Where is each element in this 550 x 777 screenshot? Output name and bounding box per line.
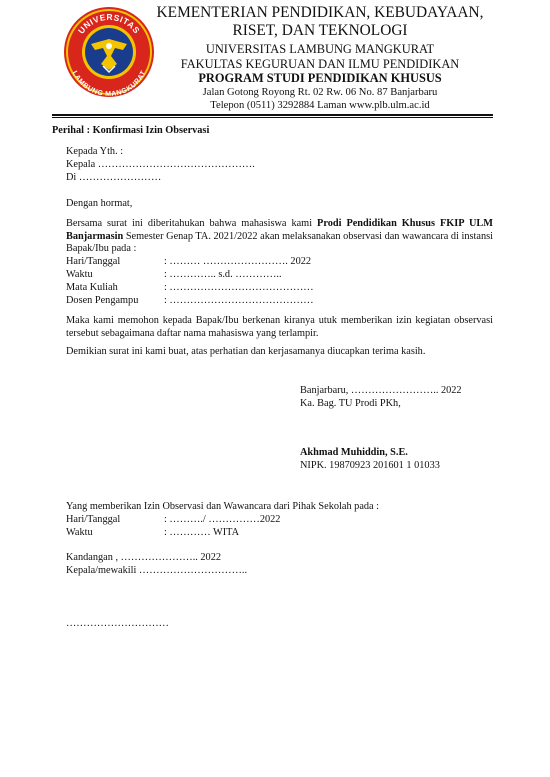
confirmation-signature-line: ………………………… bbox=[66, 618, 169, 629]
letterhead-address: Jalan Gotong Royong Rt. 02 Rw. 06 No. 87… bbox=[150, 87, 490, 98]
detail-value-date: : ……… ……………………. 2022 bbox=[164, 256, 311, 267]
intro-paragraph: Bersama surat ini diberitahukan bahwa ma… bbox=[66, 218, 493, 256]
recipient-line1: Kepada Yth. : bbox=[66, 146, 123, 157]
recipient-line2: Kepala ………………………………………. bbox=[66, 159, 255, 170]
intro-text-continued: Semester Genap TA. 2021/2022 akan melaks… bbox=[66, 231, 493, 255]
letterhead-ministry-line1: KEMENTERIAN PENDIDIKAN, KEBUDAYAAN, bbox=[150, 4, 490, 22]
confirmation-label-time: Waktu bbox=[66, 527, 93, 538]
signatory-nipk: NIPK. 19870923 201601 1 01033 bbox=[300, 460, 440, 471]
letterhead-contact: Telepon (0511) 3292884 Laman www.plb.ulm… bbox=[150, 100, 490, 111]
confirmation-value-date: : ………./ ……………2022 bbox=[164, 514, 280, 525]
confirmation-value-time: : ………… WITA bbox=[164, 527, 239, 538]
letterhead-ministry-line2: RISET, DAN TEKNOLOGI bbox=[150, 22, 490, 40]
detail-label-course: Mata Kuliah bbox=[66, 282, 118, 293]
letterhead-divider-thin bbox=[52, 117, 493, 118]
request-paragraph: Maka kami memohon kepada Bapak/Ibu berke… bbox=[66, 315, 493, 340]
detail-label-lecturer: Dosen Pengampu bbox=[66, 295, 138, 306]
university-crest-icon: UNIVERSITAS LAMBUNG MANGKURAT bbox=[63, 6, 155, 98]
detail-value-lecturer: : …………………………………… bbox=[164, 295, 314, 306]
letterhead-divider-thick bbox=[52, 114, 493, 116]
letterhead-faculty: FAKULTAS KEGURUAN DAN ILMU PENDIDIKAN bbox=[150, 57, 490, 72]
detail-label-date: Hari/Tanggal bbox=[66, 256, 120, 267]
recipient-line3: Di …………………… bbox=[66, 172, 161, 183]
letter-subject: Perihal : Konfirmasi Izin Observasi bbox=[52, 125, 209, 136]
confirmation-intro: Yang memberikan Izin Observasi dan Wawan… bbox=[66, 501, 379, 512]
university-logo: UNIVERSITAS LAMBUNG MANGKURAT bbox=[63, 6, 155, 98]
closing-paragraph: Demikian surat ini kami buat, atas perha… bbox=[66, 346, 425, 357]
confirmation-label-date: Hari/Tanggal bbox=[66, 514, 120, 525]
signature-position: Ka. Bag. TU Prodi PKh, bbox=[300, 398, 401, 409]
signature-place-date: Banjarbaru, …………………….. 2022 bbox=[300, 385, 462, 396]
letterhead-program: PROGRAM STUDI PENDIDIKAN KHUSUS bbox=[150, 71, 490, 86]
confirmation-place-date: Kandangan , ………………….. 2022 bbox=[66, 552, 221, 563]
detail-value-course: : …………………………………… bbox=[164, 282, 314, 293]
letterhead-university: UNIVERSITAS LAMBUNG MANGKURAT bbox=[150, 42, 490, 57]
greeting: Dengan hormat, bbox=[66, 198, 132, 209]
signatory-name: Akhmad Muhiddin, S.E. bbox=[300, 447, 408, 458]
confirmation-position: Kepala/mewakili ………………………….. bbox=[66, 565, 247, 576]
intro-text: Bersama surat ini diberitahukan bahwa ma… bbox=[66, 218, 317, 229]
detail-value-time: : ………….. s.d. ………….. bbox=[164, 269, 282, 280]
detail-label-time: Waktu bbox=[66, 269, 93, 280]
